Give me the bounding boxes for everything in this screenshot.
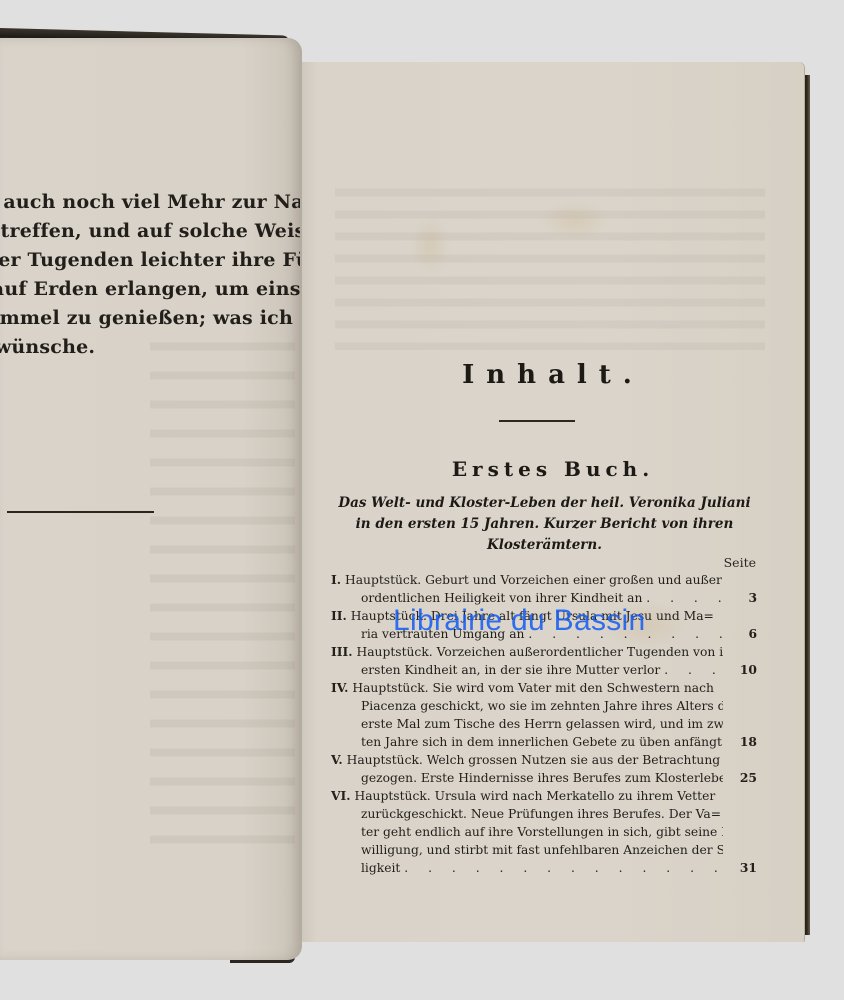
- entry-text: Hauptstück. Geburt und Vorzeichen einer …: [345, 573, 723, 587]
- page-title: Inhalt.: [302, 360, 804, 390]
- dot-leader: . . .: [664, 663, 723, 677]
- entry-line: ersten Kindheit an, in der sie ihre Mutt…: [331, 661, 723, 679]
- page-number: 25: [727, 769, 757, 787]
- entry-line: gezogen. Erste Hindernisse ihres Berufes…: [331, 769, 723, 787]
- table-of-contents: I. Hauptstück. Geburt und Vorzeichen ein…: [331, 571, 757, 877]
- entry-line: V. Hauptstück. Welch grossen Nutzen sie …: [331, 751, 723, 769]
- entry-line: ordentlichen Heiligkeit von ihrer Kindhe…: [331, 589, 723, 607]
- entry-text: ria vertrauten Umgang an: [361, 627, 524, 641]
- entry-line: ligkeit . . . . . . . . . . . . . . .: [331, 859, 723, 877]
- entry-line: willigung, und stirbt mit fast unfehlbar…: [331, 841, 723, 859]
- entry-text: Hauptstück. Vorzeichen außerordentlicher…: [356, 645, 723, 659]
- entry-line: zurückgeschickt. Neue Prüfungen ihres Be…: [331, 805, 723, 823]
- entry-line: III. Hauptstück. Vorzeichen außerordentl…: [331, 643, 723, 661]
- paper-stain: [410, 215, 450, 275]
- text-line: er auch noch viel Mehr zur Nach=: [0, 188, 300, 217]
- entry-line: ria vertrauten Umgang an . . . . . . . .…: [331, 625, 723, 643]
- dot-leader: . . . . . . . . . .: [528, 627, 723, 641]
- text-line: antreffen, und auf solche Weise durch: [0, 217, 300, 246]
- toc-entry: IV. Hauptstück. Sie wird vom Vater mit d…: [331, 679, 757, 751]
- show-through-text: [150, 328, 295, 848]
- dot-leader: . . . . . . . . . . . . . . .: [404, 861, 723, 875]
- entry-line: erste Mal zum Tische des Herrn gelassen …: [331, 715, 723, 733]
- entry-line: ten Jahre sich in dem innerlichen Gebete…: [331, 733, 723, 751]
- entry-text: Hauptstück. Sie wird vom Vater mit den S…: [352, 681, 714, 695]
- toc-entry: III. Hauptstück. Vorzeichen außerordentl…: [331, 643, 757, 679]
- entry-line: Piacenza geschickt, wo sie im zehnten Ja…: [331, 697, 723, 715]
- dot-leader: . . . . .: [646, 591, 723, 605]
- text-line: Himmel zu genießen; was ich dem: [0, 304, 300, 333]
- text-line: z auf Erden erlangen, um einst ihre: [0, 275, 300, 304]
- toc-entry: I. Hauptstück. Geburt und Vorzeichen ein…: [331, 571, 757, 607]
- section-divider-rule: [7, 511, 154, 513]
- entry-line: II. Hauptstück. Drei Jahre alt fängt Urs…: [331, 607, 723, 625]
- chapter-numeral: VI.: [331, 788, 351, 803]
- page-column-label: Seite: [700, 555, 756, 570]
- entry-text: ersten Kindheit an, in der sie ihre Mutt…: [361, 663, 660, 677]
- left-page: er auch noch viel Mehr zur Nach= antreff…: [0, 38, 302, 960]
- entry-line: IV. Hauptstück. Sie wird vom Vater mit d…: [331, 679, 723, 697]
- toc-entry: V. Hauptstück. Welch grossen Nutzen sie …: [331, 751, 757, 787]
- text-line: n wünsche.: [0, 333, 300, 362]
- title-divider-rule: [499, 420, 575, 422]
- entry-line: ter geht endlich auf ihre Vorstellungen …: [331, 823, 723, 841]
- book-subtitle: Das Welt- und Kloster-Leben der heil. Ve…: [332, 493, 757, 556]
- entry-text: Hauptstück. Welch grossen Nutzen sie aus…: [347, 753, 721, 767]
- chapter-numeral: IV.: [331, 680, 348, 695]
- page-number: 6: [727, 625, 757, 643]
- entry-text: Hauptstück. Drei Jahre alt fängt Ursula …: [351, 609, 714, 623]
- entry-text: Hauptstück. Ursula wird nach Merkatello …: [355, 789, 716, 803]
- page-number: 3: [727, 589, 757, 607]
- chapter-numeral: II.: [331, 608, 347, 623]
- chapter-numeral: V.: [331, 752, 343, 767]
- chapter-numeral: III.: [331, 644, 353, 659]
- page-number: 18: [727, 733, 757, 751]
- book-heading: Erstes Buch.: [302, 457, 804, 481]
- left-page-text: er auch noch viel Mehr zur Nach= antreff…: [0, 188, 300, 362]
- page-number: 10: [727, 661, 757, 679]
- entry-text: ordentlichen Heiligkeit von ihrer Kindhe…: [361, 591, 642, 605]
- page-number: 31: [727, 859, 757, 877]
- chapter-numeral: I.: [331, 572, 341, 587]
- entry-text: ligkeit: [361, 861, 400, 875]
- toc-entry: VI. Hauptstück. Ursula wird nach Merkate…: [331, 787, 757, 877]
- entry-line: I. Hauptstück. Geburt und Vorzeichen ein…: [331, 571, 723, 589]
- text-line: hrer Tugenden leichter ihre Fürbitte: [0, 246, 300, 275]
- entry-line: VI. Hauptstück. Ursula wird nach Merkate…: [331, 787, 723, 805]
- toc-entry: II. Hauptstück. Drei Jahre alt fängt Urs…: [331, 607, 757, 643]
- paper-stain: [540, 200, 610, 240]
